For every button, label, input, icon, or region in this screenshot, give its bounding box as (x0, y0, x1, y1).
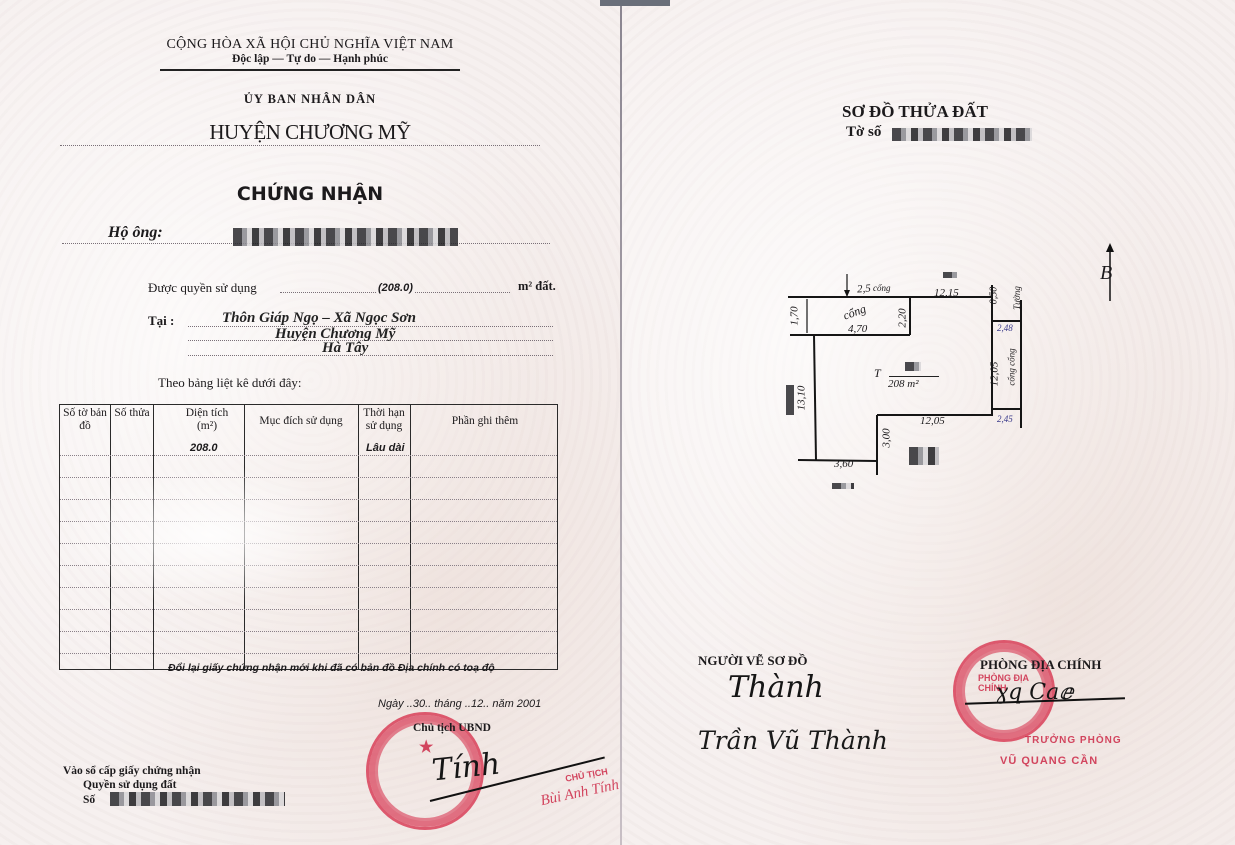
parcel-number-redacted (905, 362, 921, 371)
office-head-name: VŨ QUANG CẦN (1000, 755, 1098, 767)
parcel-area-label: 208 m² (888, 378, 919, 390)
sheet-number-redacted (892, 128, 1032, 141)
holder-name-redacted (233, 228, 458, 246)
national-title: CỘNG HÒA XÃ HỘI CHỦ NGHĨA VIỆT NAM (60, 37, 560, 53)
register-number-redacted (110, 792, 285, 806)
area-unit: m² đất. (518, 279, 556, 294)
holder-label: Hộ ông: (108, 224, 163, 242)
redacted-mark (943, 272, 957, 278)
title-underline (160, 69, 460, 71)
parcel-prefix: T (874, 366, 881, 381)
location-label: Tại : (148, 313, 174, 329)
dim-gate-depth-right: 2,20 (897, 308, 909, 327)
redacted-mark (909, 447, 939, 465)
area-value: (208.0) (376, 282, 415, 294)
register-line-1: Vào sổ cấp giấy chứng nhận (63, 765, 201, 777)
header-notes: Phần ghi thêm (412, 415, 558, 428)
location-line-3: Hà Tây (322, 340, 368, 357)
drawer-signature: Thành (728, 670, 824, 705)
row-divider (60, 609, 557, 610)
header-duration: Thời hạn sử dụng (359, 407, 409, 433)
row-divider (60, 653, 557, 654)
dim-gate-width: 4,70 (848, 323, 867, 335)
register-number-label: Số (83, 794, 95, 806)
row-divider (60, 455, 557, 456)
header-parcel-no: Số thửa (112, 407, 152, 420)
column-divider (410, 405, 411, 669)
district-name: HUYỆN CHƯƠNG MỸ (60, 120, 560, 145)
dim-right-strip-bottom: 2,45 (997, 414, 1013, 424)
district-dotted-line (60, 145, 540, 146)
signer-title: Chủ tịch UBND (413, 722, 491, 734)
book-spine (620, 0, 622, 845)
reissue-footnote: Đổi lại giấy chứng nhận mới khi đã có bả… (168, 662, 495, 674)
header-map-sheet: Số tờ bản đồ (62, 407, 108, 433)
issue-date: Ngày ..30.. tháng ..12.. năm 2001 (378, 698, 541, 710)
dim-gate-depth-left: 1,70 (789, 306, 801, 325)
header-purpose: Mục đích sử dụng (246, 415, 356, 428)
parcel-fraction-line (889, 376, 939, 377)
certificate-left-page: CỘNG HÒA XÃ HỘI CHỦ NGHĨA VIỆT NAM Độc l… (0, 0, 622, 845)
location-dotted-line-3 (188, 355, 553, 356)
land-parcel-table: Số tờ bản đồ Số thửa Diện tích (m²) Mục … (59, 404, 558, 670)
office-title: PHÒNG ĐỊA CHÍNH (980, 657, 1101, 673)
wall-label: Tường (1012, 286, 1022, 310)
issuing-body: ỦY BAN NHÂN DÂN (60, 92, 560, 107)
certificate-title: CHỨNG NHẬN (60, 183, 560, 205)
dim-right-strip-top: 2,48 (997, 323, 1013, 333)
dim-right-strip-length: 12,05 (988, 362, 1000, 387)
dim-top-right: 12,15 (934, 287, 959, 299)
chairman-signature: Tính (430, 747, 502, 789)
dim-left-side: 13,10 (795, 386, 807, 411)
cell-area: 208.0 (190, 442, 218, 454)
table-intro: Theo bảng liệt kê dưới đây: (158, 375, 302, 391)
header-area: Diện tích (m²) (180, 407, 234, 433)
common-gate-label: cổng cổng (1007, 348, 1017, 385)
dim-lower-inner-top: 12,05 (920, 415, 945, 427)
location-line-1: Thôn Giáp Ngọ – Xã Ngọc Sơn (222, 310, 416, 327)
dim-top-left: 2,5 (857, 283, 872, 296)
dim-inner-step: 3,00 (881, 428, 893, 447)
office-head-title: TRƯỞNG PHÒNG (1025, 735, 1122, 746)
drawer-name: Trần Vũ Thành (698, 726, 888, 755)
redacted-mark (786, 385, 794, 415)
scan-top-edge (600, 0, 670, 6)
plot-map-title: SƠ ĐỒ THỬA ĐẤT (842, 102, 988, 122)
drawer-title: NGƯỜI VẼ SƠ ĐỒ (698, 653, 807, 669)
gate-arrow-label: cổng (873, 283, 891, 293)
sheet-number-label: Tờ số (846, 124, 881, 141)
signer-name-stamp: Bùi Anh Tính (539, 777, 621, 810)
dim-wall-offset: 0,50 (988, 287, 999, 305)
register-line-2: Quyền sử dụng đất (83, 779, 177, 791)
dim-bottom: 3,60 (834, 458, 853, 470)
cell-duration: Lâu dài (366, 442, 405, 454)
north-label: B (1100, 262, 1112, 285)
redacted-mark (832, 483, 854, 489)
row-divider (60, 631, 557, 632)
faded-area (60, 465, 360, 605)
land-use-label: Được quyền sử dụng (148, 280, 257, 296)
national-motto: Độc lập — Tự do — Hạnh phúc (60, 53, 560, 65)
